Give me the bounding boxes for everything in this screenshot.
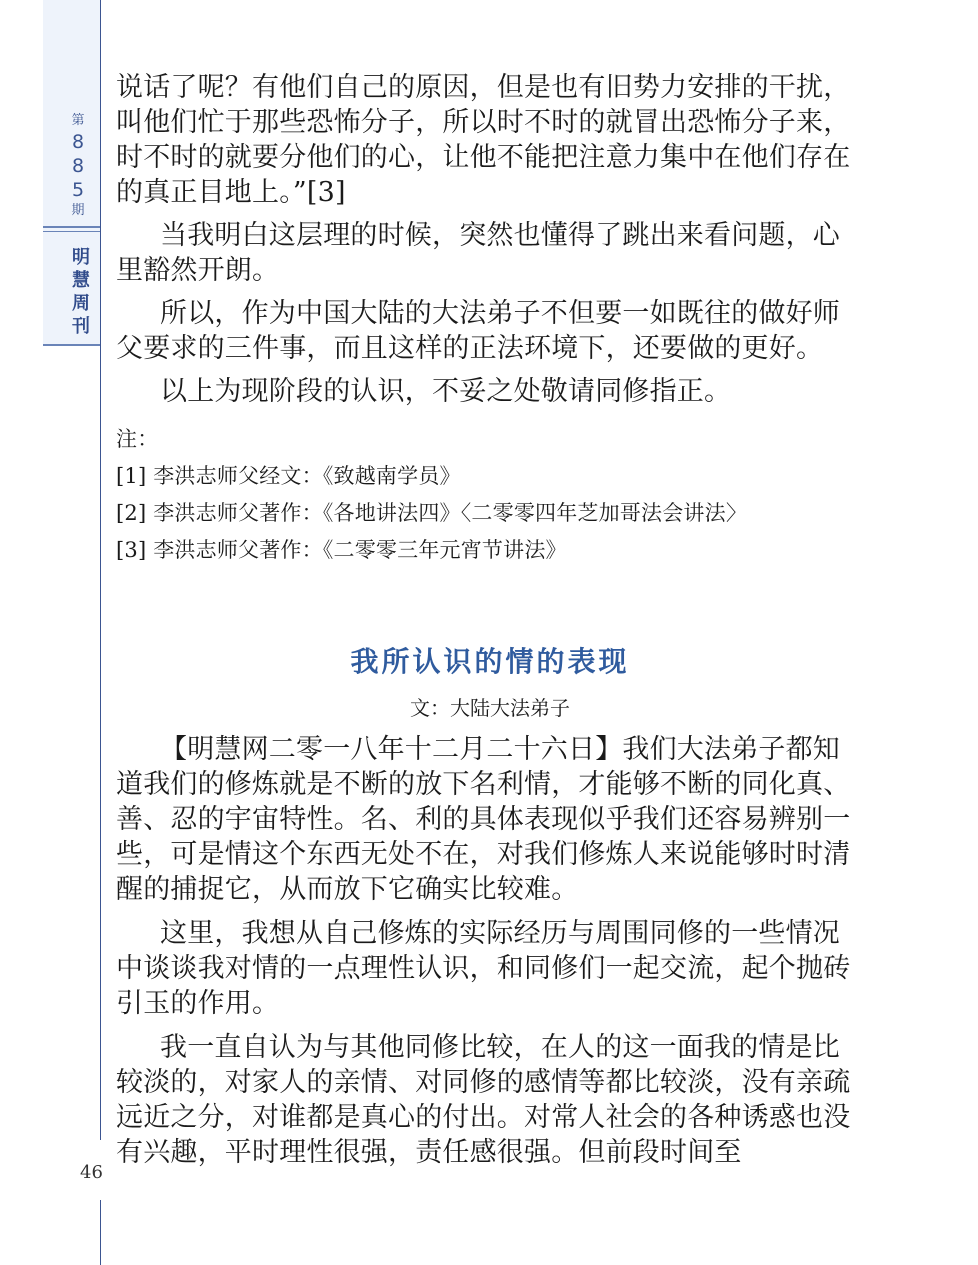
paragraph: 当我明白这层理的时候，突然也懂得了跳出来看问题，心里豁然开朗。 [116,218,864,288]
new-article-body: 【明慧网二零一八年十二月二十六日】我们大法弟子都知道我们的修炼就是不断的放下名利… [116,732,864,1170]
paragraph: 这里，我想从自己修炼的实际经历与周围同修的一些情况中谈谈我对情的一点理性认识，和… [116,916,864,1021]
page-number: 46 [80,1162,103,1183]
continued-article: 说话了呢？有他们自己的原因，但是也有旧势力安排的干扰，叫他们忙于那些恐怖分子，所… [116,70,864,569]
notes: 注： [1] 李洪志师父经文：《致越南学员》 [2] 李洪志师父著作：《各地讲法… [116,421,864,569]
notes-label: 注： [116,421,864,458]
article-byline: 文：大陆大法弟子 [116,692,864,721]
note-item: [2] 李洪志师父著作：《各地讲法四》〈二零零四年芝加哥法会讲法〉 [116,495,864,532]
issue-number: 第 8 8 5 期 [60,112,96,220]
margin-rule [100,0,101,1140]
paragraph: 所以，作为中国大陆的大法弟子不但要一如既往的做好师父要求的三件事，而且这样的正法… [116,296,864,366]
note-item: [1] 李洪志师父经文：《致越南学员》 [116,458,864,495]
paragraph: 【明慧网二零一八年十二月二十六日】我们大法弟子都知道我们的修炼就是不断的放下名利… [116,732,864,907]
article-title: 我所认识的情的表现 [116,640,864,680]
paragraph: 以上为现阶段的认识，不妥之处敬请同修指正。 [116,374,864,409]
paragraph: 我一直自认为与其他同修比较，在人的这一面我的情是比较淡的，对家人的亲情、对同修的… [116,1030,864,1170]
divider [43,231,100,232]
divider [43,344,100,346]
margin-rule-lower [100,1200,101,1265]
publication-name: 明 慧 周 刊 [64,246,98,338]
note-item: [3] 李洪志师父著作：《二零零三年元宵节讲法》 [116,532,864,569]
divider [43,226,100,228]
paragraph: 说话了呢？有他们自己的原因，但是也有旧势力安排的干扰，叫他们忙于那些恐怖分子，所… [116,70,864,210]
